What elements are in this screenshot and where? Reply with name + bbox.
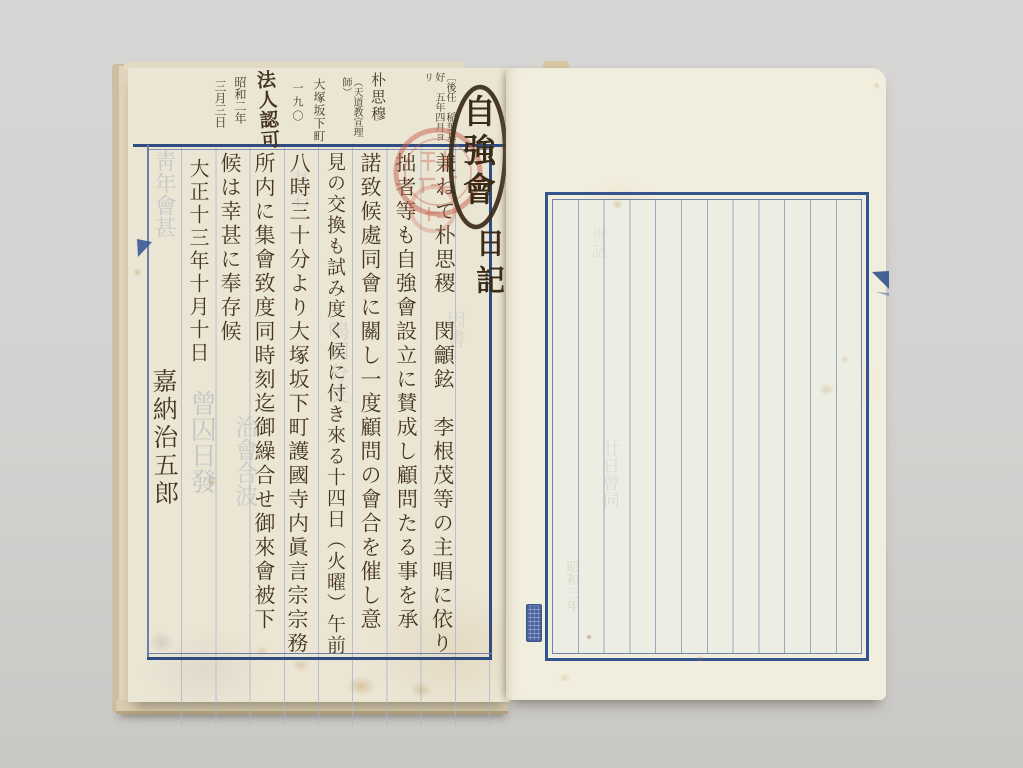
stain — [133, 268, 142, 277]
signature-column: 嘉納治五郎 — [146, 368, 181, 648]
bleed-through-text: 世話 — [590, 228, 606, 258]
stain — [148, 631, 174, 653]
page-stack-edge-left-inner — [119, 66, 128, 712]
margin-note-approval-year: 昭和二年 — [228, 76, 246, 124]
stain — [840, 355, 849, 364]
stain — [558, 673, 571, 683]
stain — [346, 676, 376, 696]
blue-corner-mark — [863, 271, 889, 297]
body-column-5: 八時三十分より大塚坂下町護國寺内眞言宗宗務 — [283, 152, 310, 657]
frame-border-inner-and-ruling — [552, 199, 862, 654]
bleed-through-text: 廿日曾同 — [599, 440, 617, 508]
left-manuscript-page: 靑年會甚 曾囚日發 治會合波 甚右 鳴因分支 因書 〔後任 稲葉基好 五年四月ヨ… — [128, 68, 510, 702]
margin-note-approval-date: 三月三日 — [208, 80, 226, 128]
stain — [410, 682, 432, 698]
stain — [819, 383, 834, 396]
margin-note-approval: 法人認可 — [248, 69, 280, 151]
date-column: 大正十三年十月十日 — [184, 158, 208, 663]
body-column-3: 諾致候處同會に關し一度顧問の會合を催し意 — [356, 152, 380, 657]
margin-note-name-title: （天道教宣理師） — [336, 77, 362, 141]
margin-note-address: 大塚坂下町 — [307, 78, 325, 143]
small-blue-seal — [526, 604, 542, 642]
blue-corner-mark — [136, 238, 154, 260]
stain — [206, 476, 217, 487]
body-column-4: 見の交換も試み度く候に付き來る十四日（火曜）午前 — [320, 152, 344, 657]
right-blank-page: 世話 廿日曾同 昭和三年 — [506, 68, 886, 700]
stain — [256, 646, 268, 656]
stain — [292, 658, 310, 672]
title-circled-text: 自強會 — [455, 94, 501, 211]
stain — [696, 654, 705, 662]
body-column-6: 所内に集會致度同時刻迄御繰合せ御來會被下 — [250, 152, 274, 657]
stain — [612, 199, 623, 210]
stain — [873, 82, 880, 89]
stain — [586, 634, 592, 640]
body-column-7: 候は幸甚に奉存候 — [216, 152, 240, 657]
bleed-through-text: 昭和三年 — [564, 560, 578, 612]
margin-note-name: 朴思穆 — [364, 72, 386, 123]
margin-note-address-number: 一九〇 — [288, 82, 303, 124]
